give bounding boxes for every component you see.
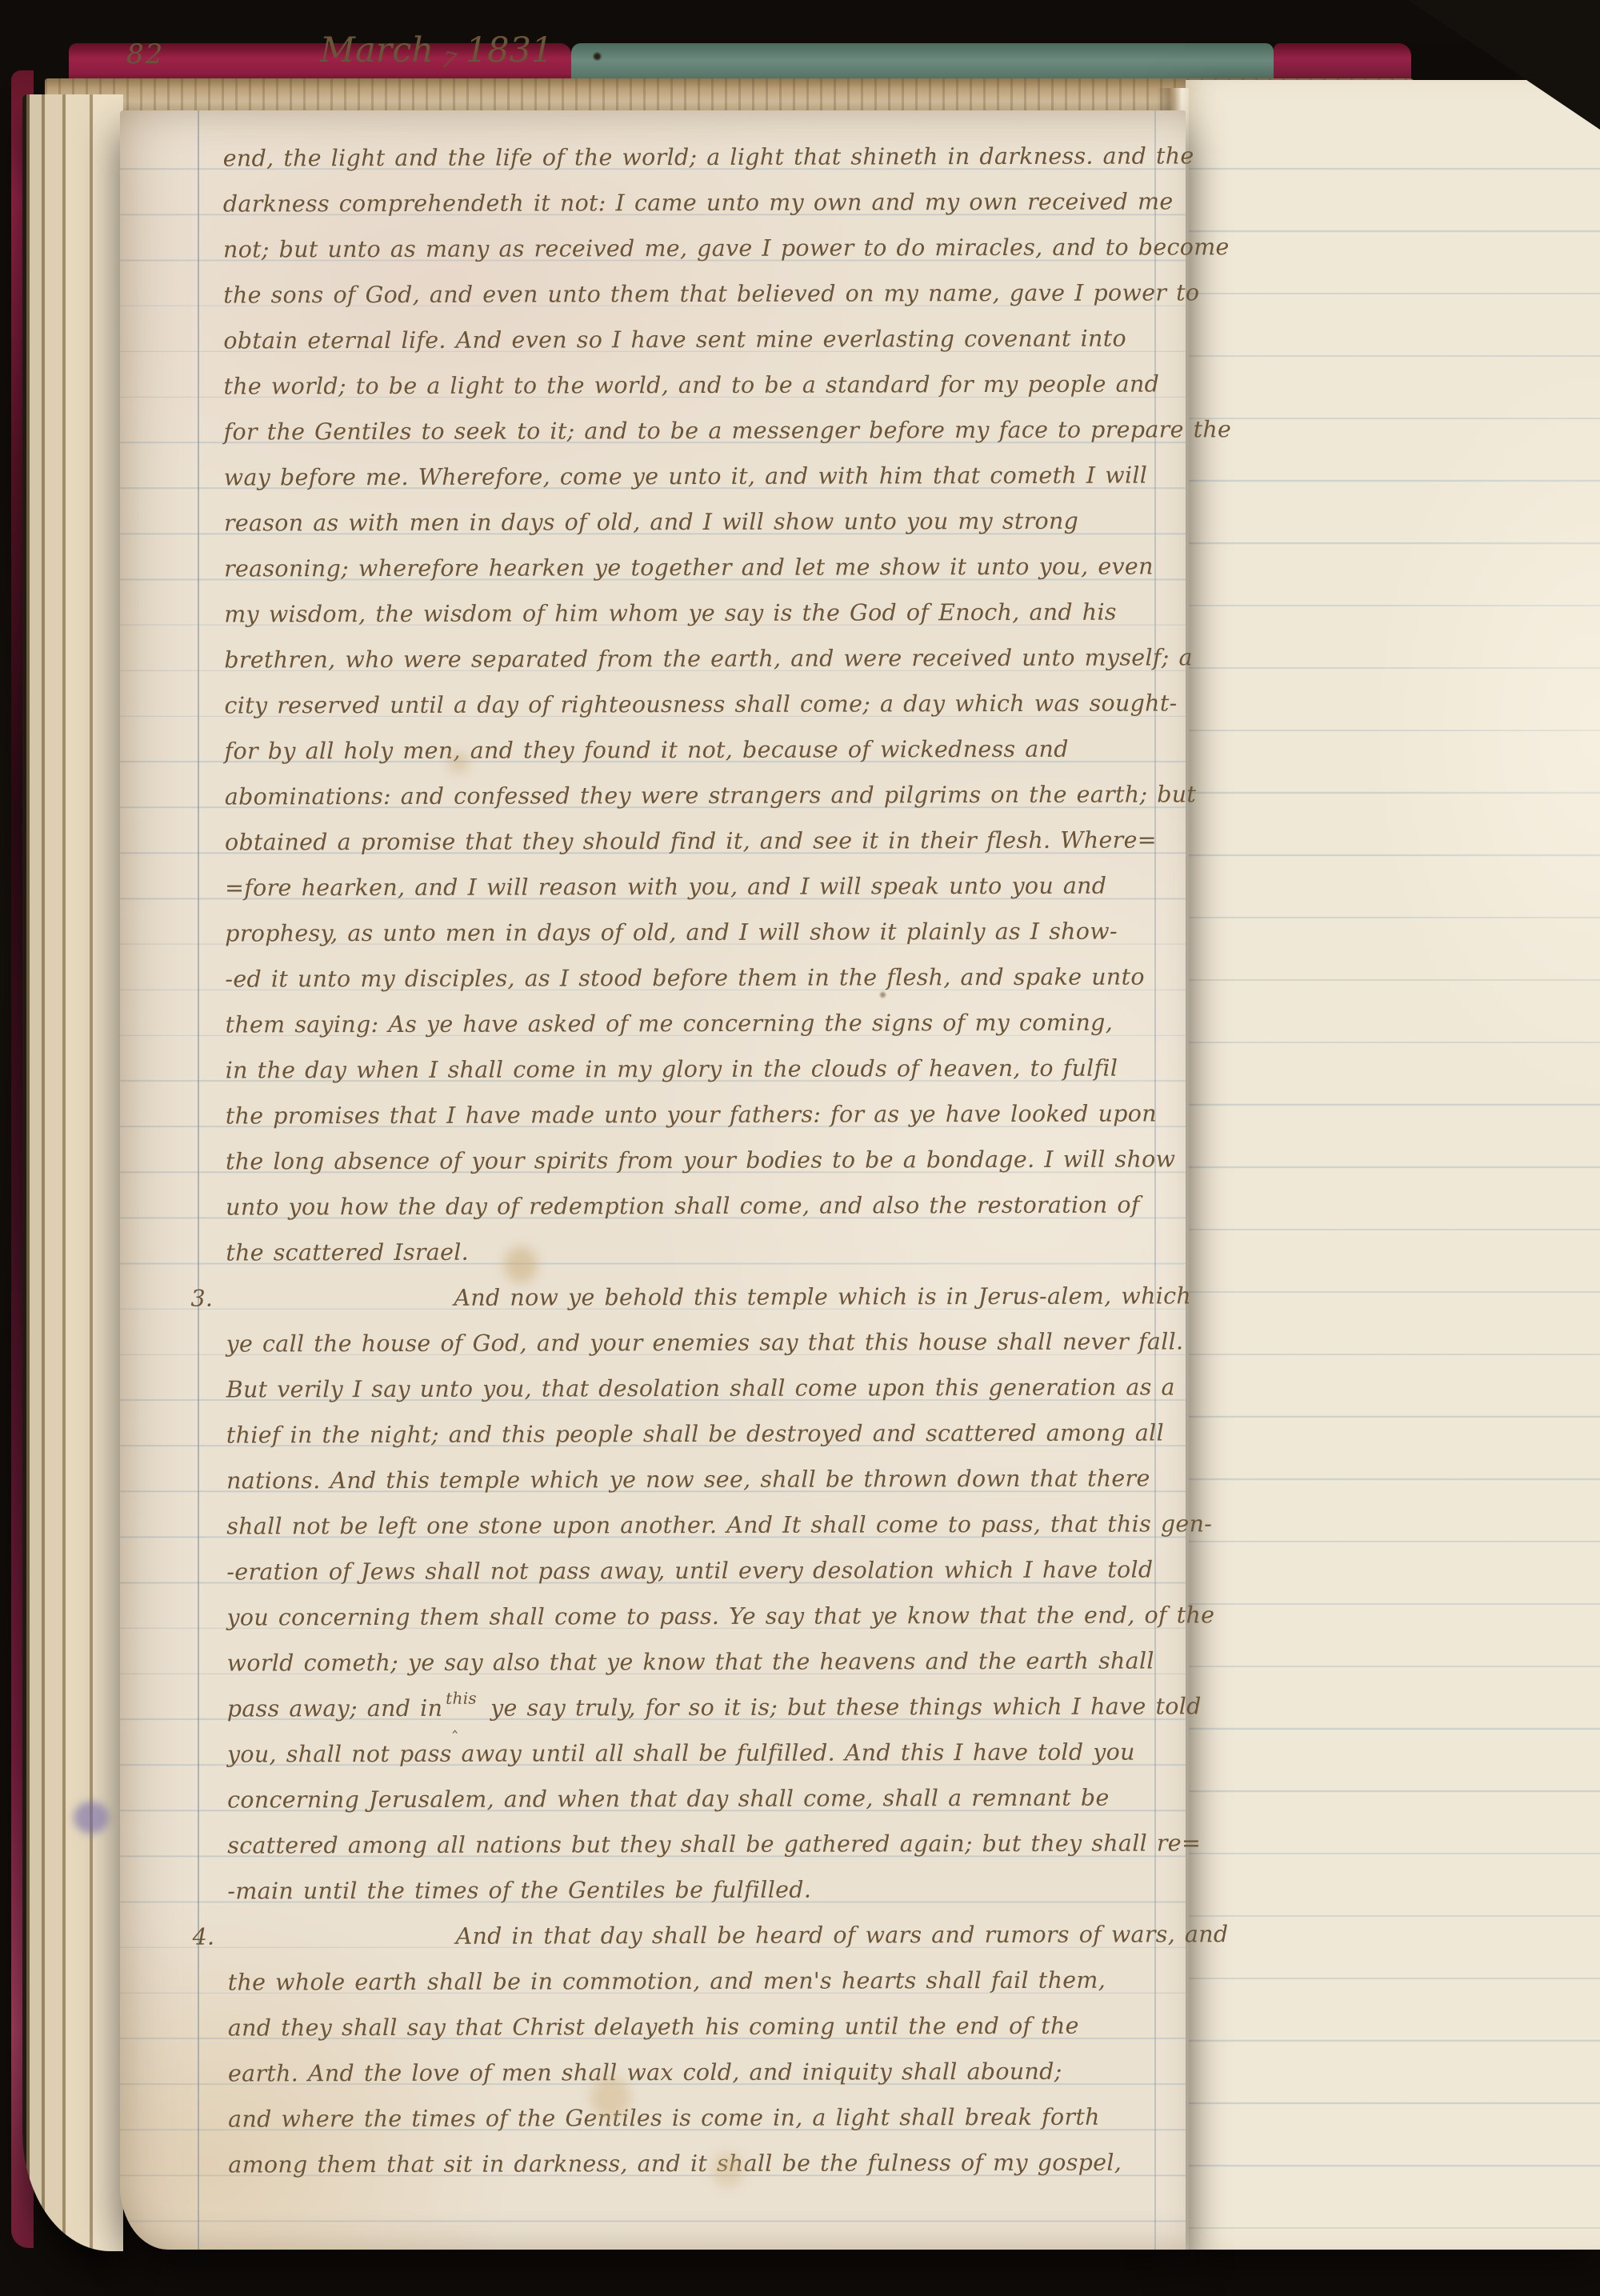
manuscript-line: for the Gentiles to seek to it; and to b… xyxy=(224,406,1164,454)
manuscript-line: way before me. Wherefore, come ye unto i… xyxy=(224,452,1164,500)
manuscript-line: the long absence of your spirits from yo… xyxy=(226,1136,1166,1184)
facing-page xyxy=(1186,80,1600,2250)
book-scan: 82 March71831 end, the light and the lif… xyxy=(0,0,1600,2296)
manuscript-line: not; but unto as many as received me, ga… xyxy=(223,224,1163,272)
manuscript-line: and where the times of the Gentiles is c… xyxy=(228,2094,1168,2142)
manuscript-line: the promises that I have made unto your … xyxy=(226,1090,1166,1138)
manuscript-line: the whole earth shall be in commotion, a… xyxy=(228,1957,1168,2005)
manuscript-line: nations. And this temple which ye now se… xyxy=(226,1455,1166,1503)
manuscript-line: -eration of Jews shall not pass away, un… xyxy=(226,1546,1166,1594)
manuscript-line: you concerning them shall come to pass. … xyxy=(226,1592,1166,1640)
manuscript-line: darkness comprehendeth it not: I came un… xyxy=(223,178,1163,226)
manuscript-line: scattered among all nations but they sha… xyxy=(227,1820,1167,1868)
manuscript-line: reason as with men in days of old, and I… xyxy=(224,498,1164,546)
manuscript-line: -main until the times of the Gentiles be… xyxy=(227,1866,1167,1914)
paper-speck xyxy=(594,53,601,60)
interlinear-insertion: this‸ xyxy=(442,1708,481,1716)
manuscript-line: them saying: As ye have asked of me conc… xyxy=(225,999,1165,1047)
manuscript-line: brethren, who were separated from the ea… xyxy=(224,634,1164,682)
manuscript-line: pass away; and inthis‸ ye say truly, for… xyxy=(227,1683,1167,1731)
manuscript-line: city reserved until a day of righteousne… xyxy=(224,680,1164,728)
date-heading: March71831 xyxy=(320,30,528,70)
manuscript-line: 4.And in that day shall be heard of wars… xyxy=(227,1911,1167,1959)
manuscript-line: obtained a promise that they should find… xyxy=(225,817,1165,865)
manuscript-line: my wisdom, the wisdom of him whom ye say… xyxy=(224,589,1164,637)
paragraph-number: 3. xyxy=(190,1276,213,1322)
page-number: 82 xyxy=(126,38,164,70)
manuscript-line: end, the light and the life of the world… xyxy=(223,133,1163,181)
manuscript-line: the scattered Israel. xyxy=(226,1227,1166,1275)
manuscript-line: abominations: and confessed they were st… xyxy=(225,771,1165,819)
manuscript-line: the world; to be a light to the world, a… xyxy=(223,361,1163,409)
page-stack-edges xyxy=(22,94,123,2251)
manuscript-line: you, shall not pass away until all shall… xyxy=(227,1729,1167,1777)
manuscript-line: earth. And the love of men shall wax col… xyxy=(228,2048,1168,2096)
manuscript-line: obtain eternal life. And even so I have … xyxy=(223,315,1163,363)
manuscript-line: =fore hearken, and I will reason with yo… xyxy=(225,862,1165,910)
paper-stain xyxy=(448,752,469,773)
paper-stain xyxy=(504,1246,538,1283)
manuscript-line: ye call the house of God, and your enemi… xyxy=(226,1318,1166,1366)
manuscript-line: reasoning; wherefore hearken ye together… xyxy=(224,543,1164,591)
paper-stain xyxy=(590,2077,630,2118)
manuscript-line: shall not be left one stone upon another… xyxy=(226,1501,1166,1549)
paragraph-number: 4. xyxy=(192,1914,214,1960)
manuscript-line: the sons of God, and even unto them that… xyxy=(223,270,1163,318)
heading-year: 1831 xyxy=(466,30,553,70)
manuscript-line: among them that sit in darkness, and it … xyxy=(228,2139,1168,2187)
manuscript-line: thief in the night; and this people shal… xyxy=(226,1410,1166,1458)
manuscript-line: in the day when I shall come in my glory… xyxy=(226,1045,1166,1093)
paper-stain xyxy=(712,2152,744,2187)
manuscript-line: for by all holy men, and they found it n… xyxy=(225,726,1165,774)
manuscript-line: -ed it unto my disciples, as I stood bef… xyxy=(225,954,1165,1002)
manuscript-line: But verily I say unto you, that desolati… xyxy=(226,1364,1166,1412)
manuscript-line: prophesy, as unto men in days of old, an… xyxy=(225,908,1165,956)
heading-month: March xyxy=(320,30,434,70)
manuscript-line: world cometh; ye say also that ye know t… xyxy=(227,1638,1167,1686)
paper-speck xyxy=(880,992,886,998)
manuscript-line: and they shall say that Christ delayeth … xyxy=(228,2002,1168,2050)
manuscript-lines: end, the light and the life of the world… xyxy=(223,133,1169,2187)
ink-smudge-purple xyxy=(74,1802,109,1834)
manuscript-line: 3.And now ye behold this temple which is… xyxy=(226,1273,1166,1321)
manuscript-line: unto you how the day of redemption shall… xyxy=(226,1182,1166,1230)
manuscript-line: concerning Jerusalem, and when that day … xyxy=(227,1774,1167,1822)
